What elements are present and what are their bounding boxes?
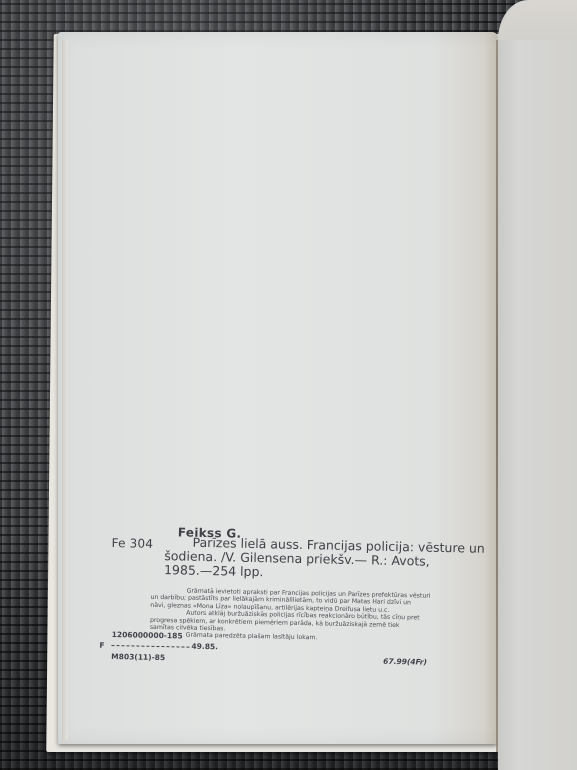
page-left-edge: [62, 40, 68, 740]
code-denominator: M803(11)-85: [111, 652, 165, 662]
code-numerator: 1206000000-185: [112, 630, 183, 640]
facing-page: [498, 0, 577, 770]
classification-code: 67.99(4Fr): [383, 657, 427, 667]
book-gutter: [496, 40, 498, 752]
annotation-text: Grāmatā ievietoti apraksti par Francijas…: [150, 587, 476, 646]
code-price: 49.85.: [191, 642, 218, 652]
classmark: Fe 304: [111, 536, 153, 551]
facing-page-corner: [498, 0, 577, 40]
code-letter: F: [99, 641, 104, 650]
title-description: Parīzes lielā auss. Francijas policija: …: [164, 535, 475, 583]
